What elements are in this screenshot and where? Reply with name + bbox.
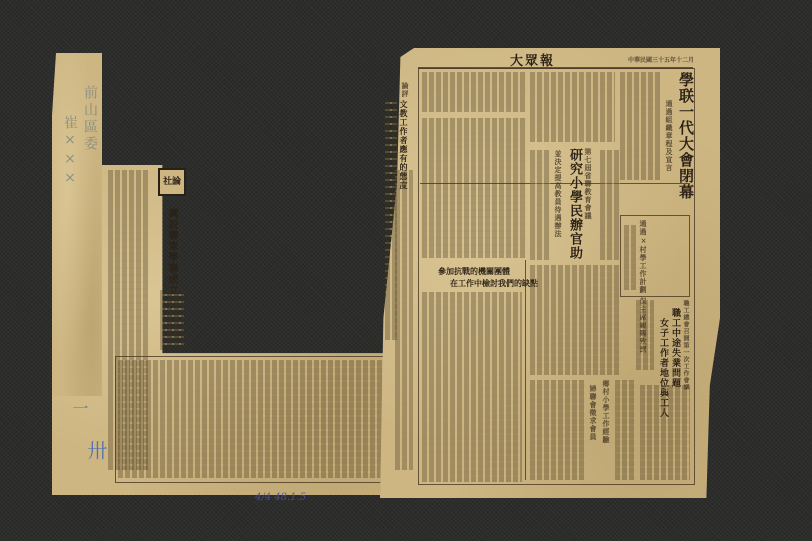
right-lower-kicker: 職工總會召開第一次工作會議 (682, 300, 688, 391)
text-block (160, 290, 184, 350)
center-lower-headline-1: 鄉村小學工作經驗 (603, 380, 610, 444)
text-block (422, 72, 527, 112)
pencil-note-2: 崔××× (60, 115, 80, 189)
text-block (530, 380, 585, 480)
center-subheadline: 並決定提高教員待遇辦法 (555, 150, 562, 238)
text-block (624, 225, 636, 290)
text-block (530, 150, 550, 260)
center-kicker: 第七屆省聯教育會議 (585, 148, 592, 220)
headline: 厲設聯軍學聯成立 (166, 208, 176, 296)
handwritten-note: 4/4 48.1.5 (255, 492, 306, 503)
text-block (620, 72, 660, 180)
right-lower-headline: 職工中途失業問題 (670, 308, 679, 388)
text-block (636, 300, 654, 370)
text-block (530, 72, 615, 142)
text-block (422, 118, 527, 258)
center-headline: 研究小學民辦官助 (568, 148, 581, 260)
divider (525, 260, 526, 480)
logo-icon: 社論 (158, 168, 186, 196)
center-lower-headline-2: 婦聯會徵求會員 (590, 385, 597, 441)
text-block (395, 170, 413, 470)
text-block (530, 265, 620, 375)
main-headline: 學联一代大會閉幕 (678, 72, 693, 200)
pencil-note-1: 前山區委 (80, 85, 100, 153)
blue-mark-2: 卅 (82, 440, 111, 460)
text-block (640, 385, 690, 480)
text-block (615, 380, 635, 480)
text-block (600, 150, 620, 260)
blue-mark-1: 一 (68, 400, 91, 416)
text-block (422, 292, 522, 482)
column-kicker: 論評 (402, 82, 409, 98)
main-subheadline: 通過組織章程及宣言 (666, 100, 673, 172)
editorial-headline-1: 參加抗戰的機關團體 (438, 266, 510, 277)
dateline: 中華民國三十五年十二月 (628, 55, 694, 64)
text-block (118, 360, 400, 478)
